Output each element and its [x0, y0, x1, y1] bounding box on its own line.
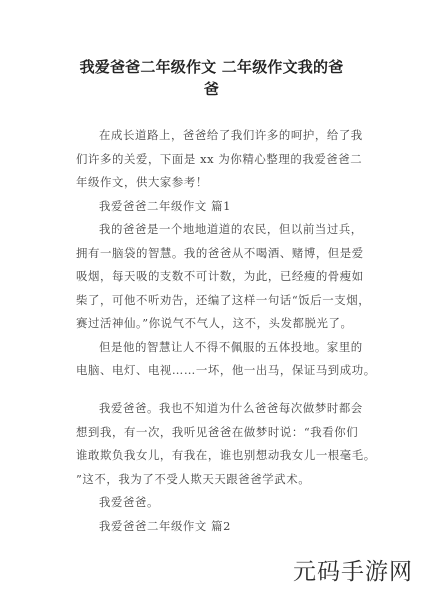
site-watermark: 元码手游网	[293, 553, 413, 586]
section-heading-2: 我爱爸爸二年级作文 篇2	[76, 515, 366, 539]
paragraph-line: 电脑、电灯、电视……一坏，他一出马，保证马到成功。	[76, 359, 366, 383]
paragraph-line: 在成长道路上，爸爸给了我们许多的呵护，给了我	[76, 124, 366, 148]
paragraph-line: 年级作文，供大家参考！	[76, 171, 366, 195]
paragraph-line: 我的爸爸是一个地地道道的农民，但以前当过兵，	[76, 218, 366, 242]
paragraph-line: 柴了，可他不听劝告，还编了这样一句话“饭后一支烟，	[76, 289, 366, 313]
paragraph-line: ”这不，我为了不受人欺天天跟爸爸学武术。	[76, 468, 366, 492]
article-body-block-2: 我爱爸爸。我也不知道为什么爸爸每次做梦时都会 想到我，有一次，我听见爸爸在做梦时…	[76, 397, 366, 538]
title-line-2: 爸	[60, 78, 363, 100]
paragraph-line: 拥有一脑袋的智慧。我的爸爸从不喝酒、赌博，但是爱	[76, 242, 366, 266]
paragraph-line: 赛过活神仙。”你说气不气人，这不，头发都脱光了。	[76, 312, 366, 336]
paragraph-line: 谁敢欺负我女儿，有我在，谁也别想动我女儿一根毫毛。	[76, 444, 366, 468]
paragraph-line: 我爱爸爸。	[76, 491, 366, 515]
section-heading-1: 我爱爸爸二年级作文 篇1	[76, 195, 366, 219]
document-title: 我爱爸爸二年级作文 二年级作文我的爸 爸	[60, 56, 363, 100]
paragraph-line: 我爱爸爸。我也不知道为什么爸爸每次做梦时都会	[76, 397, 366, 421]
paragraph-line: 们许多的关爱，下面是 xx 为你精心整理的我爱爸爸二	[76, 148, 366, 172]
title-line-1: 我爱爸爸二年级作文 二年级作文我的爸	[60, 56, 363, 78]
article-body-block-1: 在成长道路上，爸爸给了我们许多的呵护，给了我 们许多的关爱，下面是 xx 为你精…	[76, 124, 366, 383]
paragraph-line: 想到我，有一次，我听见爸爸在做梦时说：“我看你们	[76, 421, 366, 445]
paragraph-line: 但是他的智慧让人不得不佩服的五体投地。家里的	[76, 336, 366, 360]
paragraph-line: 吸烟，每天吸的支数不可计数，为此，已经瘦的骨瘦如	[76, 265, 366, 289]
